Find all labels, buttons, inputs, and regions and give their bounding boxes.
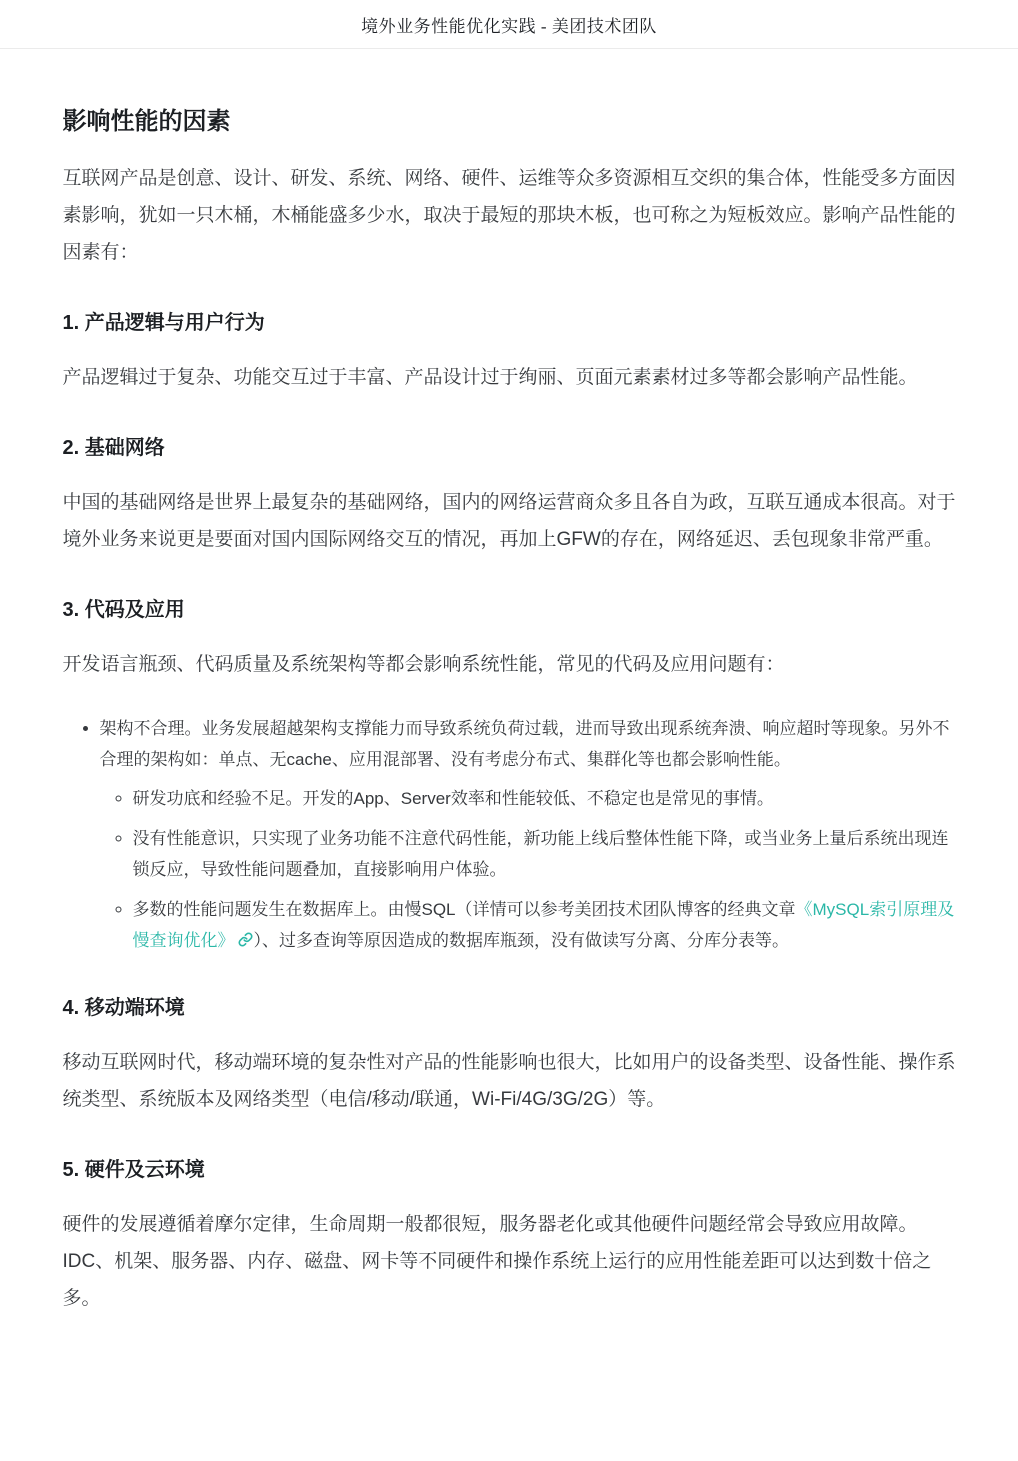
page-header: 境外业务性能优化实践 - 美团技术团队 bbox=[0, 0, 1018, 49]
intro-paragraph: 互联网产品是创意、设计、研发、系统、网络、硬件、运维等众多资源相互交织的集合体，… bbox=[63, 160, 956, 271]
section-paragraph-mobile-environment: 移动互联网时代，移动端环境的复杂性对产品的性能影响也很大，比如用户的设备类型、设… bbox=[63, 1044, 956, 1118]
list-item-architecture-text: 架构不合理。业务发展超越架构支撑能力而导致系统负荷过载，进而导致出现系统奔溃、响… bbox=[100, 719, 950, 769]
list-item-awareness: 没有性能意识，只实现了业务功能不注意代码性能，新功能上线后整体性能下降，或当业务… bbox=[133, 823, 956, 885]
section-heading-mobile-environment: 4. 移动端环境 bbox=[63, 994, 956, 1022]
section-paragraph-hardware-cloud: 硬件的发展遵循着摩尔定律，生命周期一般都很短，服务器老化或其他硬件问题经常会导致… bbox=[63, 1206, 956, 1317]
list-item-database: 多数的性能问题发生在数据库上。由慢SQL（详情可以参考美团技术团队博客的经典文章… bbox=[133, 894, 956, 956]
list-item-experience: 研发功底和经验不足。开发的App、Server效率和性能较低、不稳定也是常见的事… bbox=[133, 783, 956, 814]
page-title: 境外业务性能优化实践 - 美团技术团队 bbox=[361, 12, 657, 37]
article-heading: 影响性能的因素 bbox=[63, 106, 956, 138]
section-heading-hardware-cloud: 5. 硬件及云环境 bbox=[63, 1156, 956, 1184]
code-issue-list: 架构不合理。业务发展超越架构支撑能力而导致系统负荷过载，进而导致出现系统奔溃、响… bbox=[63, 713, 956, 956]
list-item-database-text-before: 多数的性能问题发生在数据库上。由慢SQL（详情可以参考美团技术团队博客的经典文章 bbox=[133, 900, 796, 919]
section-paragraph-product-logic: 产品逻辑过于复杂、功能交互过于丰富、产品设计过于绚丽、页面元素素材过多等都会影响… bbox=[63, 359, 956, 396]
list-item-architecture: 架构不合理。业务发展超越架构支撑能力而导致系统负荷过载，进而导致出现系统奔溃、响… bbox=[100, 713, 956, 956]
section-heading-product-logic: 1. 产品逻辑与用户行为 bbox=[63, 309, 956, 337]
external-link-icon[interactable] bbox=[238, 932, 253, 947]
section-paragraph-code-application: 开发语言瓶颈、代码质量及系统架构等都会影响系统性能，常见的代码及应用问题有： bbox=[63, 646, 956, 683]
list-item-database-text-after: ）、过多查询等原因造成的数据库瓶颈，没有做读写分离、分库分表等。 bbox=[254, 931, 790, 950]
section-heading-basic-network: 2. 基础网络 bbox=[63, 434, 956, 462]
code-issue-sublist: 研发功底和经验不足。开发的App、Server效率和性能较低、不稳定也是常见的事… bbox=[100, 783, 956, 956]
section-paragraph-basic-network: 中国的基础网络是世界上最复杂的基础网络，国内的网络运营商众多且各自为政，互联互通… bbox=[63, 484, 956, 558]
section-heading-code-application: 3. 代码及应用 bbox=[63, 596, 956, 624]
article-content: 影响性能的因素 互联网产品是创意、设计、研发、系统、网络、硬件、运维等众多资源相… bbox=[63, 49, 956, 1461]
